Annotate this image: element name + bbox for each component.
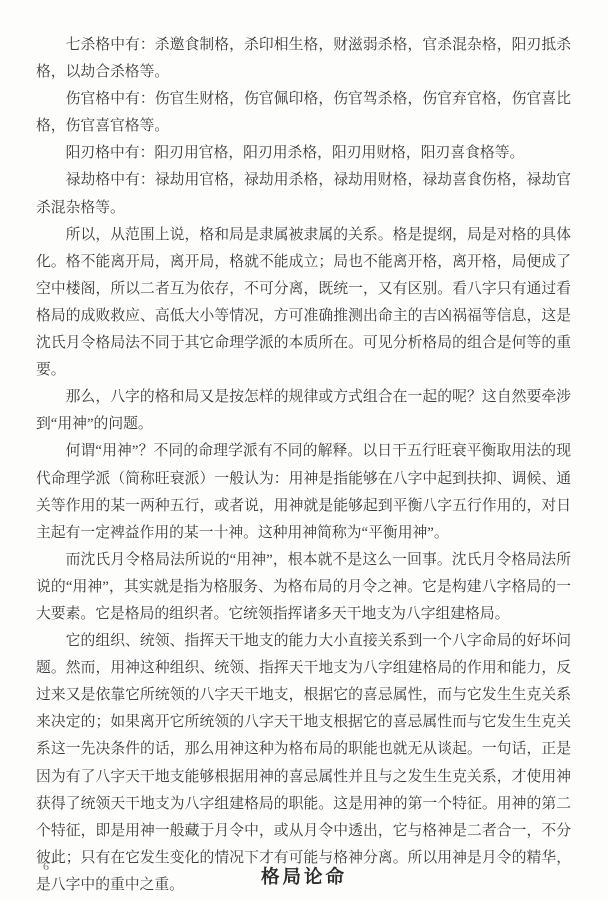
paragraph: 七杀格中有：杀邀食制格，杀印相生格，财滋弱杀格，官杀混杂格，阳刃抵杀格，以劫合杀… xyxy=(36,32,571,86)
paragraph: 它的组织、统领、指挥天干地支的能力大小直接关系到一个八字命局的好坏问题。然而，用… xyxy=(36,628,571,899)
paragraph: 所以，从范围上说，格和局是隶属被隶属的关系。格是提纲，局是对格的具体化。格不能离… xyxy=(36,222,571,385)
book-title: 格局论命 xyxy=(0,863,608,889)
paragraph: 那么，八字的格和局又是按怎样的规律或方式组合在一起的呢？这自然要牵涉到“用神”的… xyxy=(36,384,571,438)
paragraph: 而沈氏月令格局法所说的“用神”，根本就不是这么一回事。沈氏月令格局法所说的“用神… xyxy=(36,547,571,628)
page-body: 七杀格中有：杀邀食制格，杀印相生格，财滋弱杀格，官杀混杂格，阳刃抵杀格，以劫合杀… xyxy=(36,32,571,899)
paragraph: 阳刃格中有：阳刃用官格，阳刃用杀格，阳刃用财格，阳刃喜食格等。 xyxy=(36,140,571,167)
paragraph: 何谓“用神”？不同的命理学派有不同的解释。以日干五行旺衰平衡取用法的现代命理学派… xyxy=(36,438,571,546)
book-page: 七杀格中有：杀邀食制格，杀印相生格，财滋弱杀格，官杀混杂格，阳刃抵杀格，以劫合杀… xyxy=(0,0,608,901)
paragraph: 禄劫格中有：禄劫用官格，禄劫用杀格，禄劫用财格，禄劫喜食伤格，禄劫官杀混杂格等。 xyxy=(36,167,571,221)
paragraph: 伤官格中有：伤官生财格，伤官佩印格，伤官驾杀格，伤官弃官格，伤官喜比格，伤官喜官… xyxy=(36,86,571,140)
